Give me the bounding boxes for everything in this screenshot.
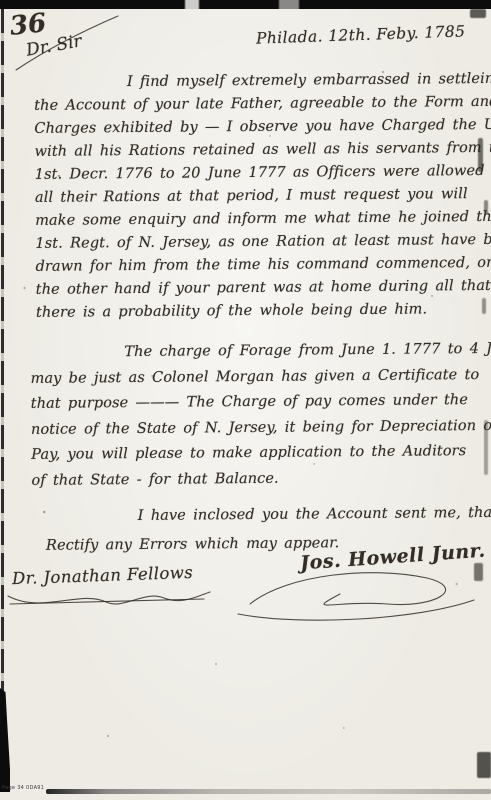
ink-blotch — [477, 752, 491, 778]
scan-corner-artifact — [0, 688, 10, 792]
manuscript-line: there is a probability of the whole bein… — [36, 298, 474, 325]
manuscript-line: I find myself extremely embarrassed in s… — [127, 68, 472, 94]
manuscript-line: notice of the State of N. Jersey, it bei… — [31, 414, 475, 443]
scan-top-edge-artifact — [0, 0, 491, 9]
manuscript-line: The charge of Forage from June 1. 1777 t… — [124, 337, 474, 366]
page-number: 36 — [9, 8, 48, 42]
ink-blotch — [474, 563, 483, 581]
letter-body: I find myself extremely embarrassed in s… — [22, 68, 476, 561]
ink-blotch — [470, 9, 486, 18]
manuscript-line: of that State - for that Balance. — [31, 465, 475, 494]
manuscript-line: that purpose ——— The Charge of pay comes… — [31, 388, 475, 417]
dateline: Philada. 12th. Feby. 1785 — [255, 22, 465, 47]
archive-stamp: Page 34 0DA91 — [2, 785, 44, 791]
ink-blotch — [482, 298, 486, 314]
paragraph: The charge of Forage from June 1. 1777 t… — [24, 337, 475, 494]
paragraph: I find myself extremely embarrassed in s… — [22, 68, 474, 325]
manuscript-line: may be just as Colonel Morgan has given … — [30, 363, 474, 392]
scan-left-edge-artifact — [1, 9, 4, 693]
addressee: Dr. Jonathan Fellows — [12, 563, 194, 588]
manuscript-line: Pay, you will please to make application… — [31, 439, 475, 468]
scan-bottom-edge-artifact — [46, 789, 491, 794]
manuscript-line: I have inclosed you the Account sent me,… — [138, 499, 476, 531]
document-page: 36 Dr. Sir Philada. 12th. Feby. 1785 I f… — [0, 0, 491, 800]
